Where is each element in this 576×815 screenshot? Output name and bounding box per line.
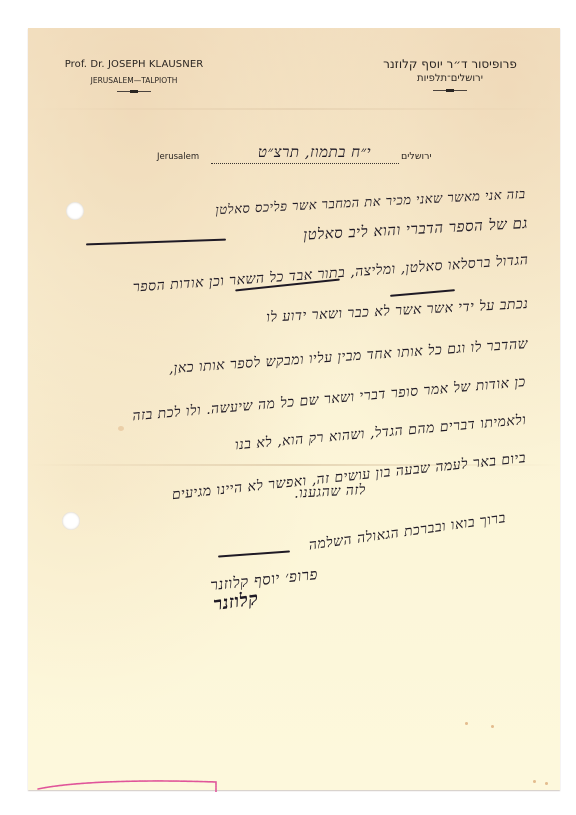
foxing-spot bbox=[465, 722, 468, 725]
paper-crease-top bbox=[28, 108, 560, 110]
dateline-dotted-rule bbox=[211, 163, 399, 164]
handwritten-date: י״ח בתמוז, תרצ״ט bbox=[227, 143, 402, 162]
letterhead-hebrew: פרופיסור ד״ר יוסף קלוזנר ירושלים־תלפיות bbox=[350, 57, 550, 92]
dateline-label-hebrew: ירושלים bbox=[401, 151, 432, 162]
foxing-spot bbox=[545, 782, 548, 785]
letterhead-hebrew-name: פרופיסור ד״ר יוסף קלוזנר bbox=[350, 57, 550, 71]
foxing-spot bbox=[491, 725, 494, 728]
punch-hole-top bbox=[66, 202, 84, 220]
foxing-spot bbox=[533, 780, 536, 783]
letterhead-ornament bbox=[433, 89, 467, 92]
pink-pencil-mark bbox=[36, 778, 218, 792]
scanned-letter-page: Prof. Dr. JOSEPH KLAUSNER JERUSALEM—TALP… bbox=[0, 0, 576, 815]
foxing-spot bbox=[118, 426, 124, 431]
letterhead-ornament bbox=[117, 90, 151, 93]
dateline: Jerusalem י״ח בתמוז, תרצ״ט ירושלים bbox=[157, 146, 457, 176]
dateline-label-english: Jerusalem bbox=[157, 152, 199, 162]
letterhead-english-location: JERUSALEM—TALPIOTH bbox=[64, 76, 204, 85]
letterhead-hebrew-location: ירושלים־תלפיות bbox=[350, 73, 550, 84]
punch-hole-bottom bbox=[62, 512, 80, 530]
letterhead-english: Prof. Dr. JOSEPH KLAUSNER JERUSALEM—TALP… bbox=[64, 59, 204, 93]
letterhead-english-name: Prof. Dr. JOSEPH KLAUSNER bbox=[64, 59, 204, 70]
